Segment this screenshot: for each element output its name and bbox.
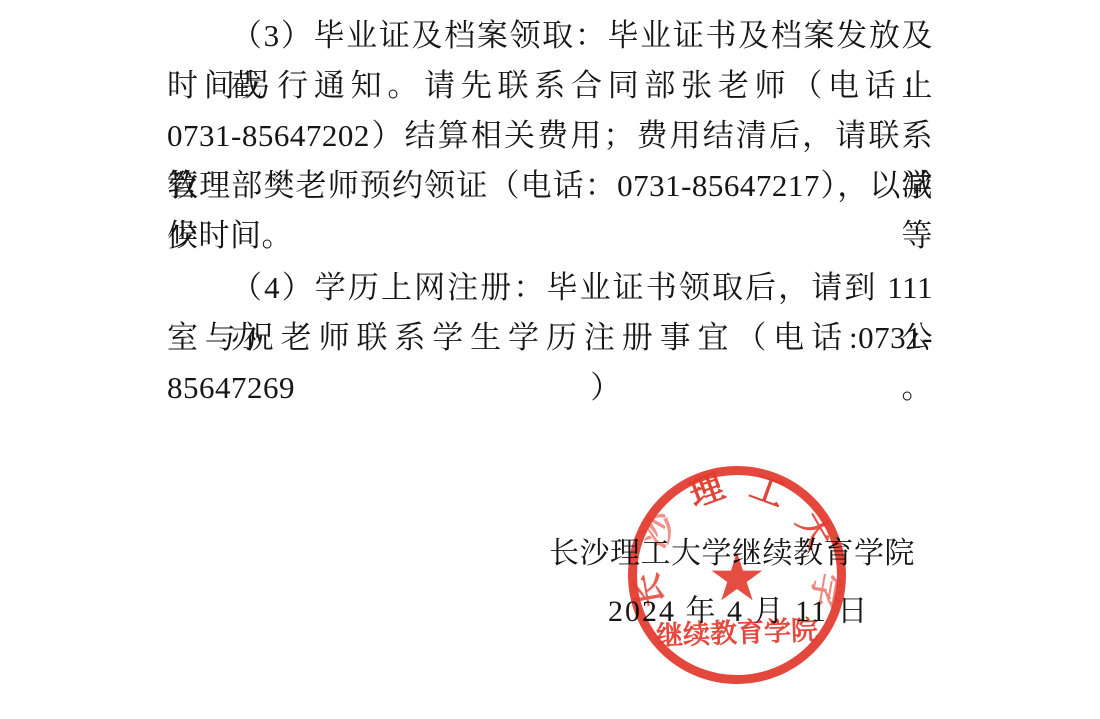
document-page: （3）毕业证及档案领取：毕业证书及档案发放及截止 时间另行通知。请先联系合同部张… xyxy=(0,0,1100,719)
body-line: （4）学历上网注册：毕业证书领取后，请到 111 办公 xyxy=(167,263,933,313)
body-line: 时间另行通知。请先联系合同部张老师（电话： xyxy=(167,61,933,111)
body-line: 0731-85647202）结算相关费用；费用结清后，请联系教学 xyxy=(167,111,933,161)
seal-ring-char: 理 xyxy=(684,469,730,515)
signature-org: 长沙理工大学继续教育学院 xyxy=(549,528,915,572)
body-line: 室与祝老师联系学生学历注册事宜（电话:0731-85647269）。 xyxy=(167,313,933,363)
body-text-block: （3）毕业证及档案领取：毕业证书及档案发放及截止 时间另行通知。请先联系合同部张… xyxy=(167,11,933,363)
body-line: （3）毕业证及档案领取：毕业证书及档案发放及截止 xyxy=(167,11,933,61)
seal-ring-char: 工 xyxy=(744,469,790,515)
body-line: 管理部樊老师预约领证（电话：0731-85647217），以减少等 xyxy=(167,161,933,211)
seal-ring-icon xyxy=(628,466,846,684)
official-seal: ★ 长 沙 理 工 大 学 继续教育学院 xyxy=(628,466,846,684)
signature-date: 2024 年 4 月 11 日 xyxy=(608,586,869,630)
